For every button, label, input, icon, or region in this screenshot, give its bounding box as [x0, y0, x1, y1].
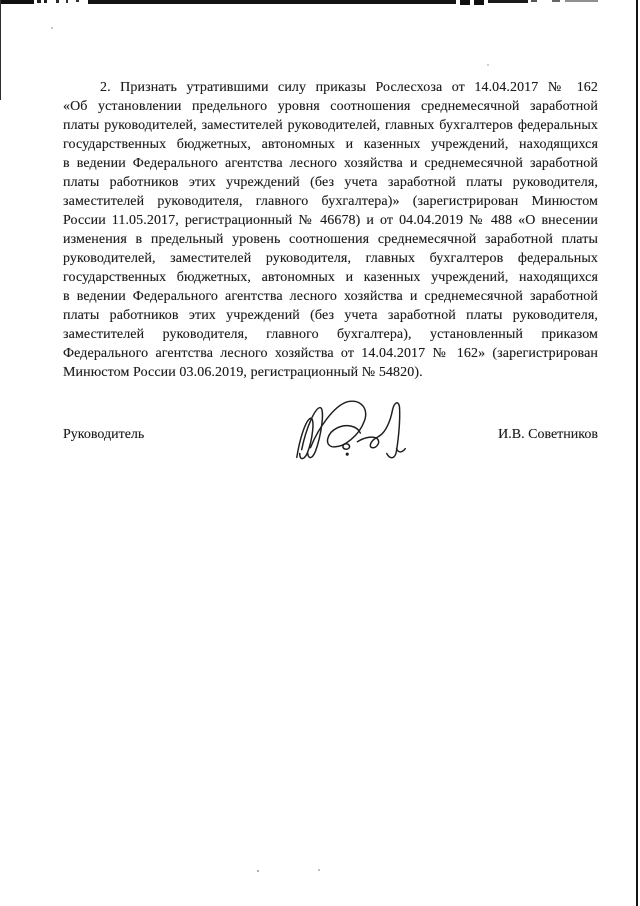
scan-mark	[76, 0, 79, 2]
signature-block: Руководитель И.В. Советников	[63, 425, 598, 444]
scan-mark	[474, 0, 484, 5]
paragraph-line: в ведении Федерального агентства лесного…	[63, 287, 598, 306]
order-paragraph: 2. Признать утратившими силу приказы Рос…	[63, 78, 598, 382]
paragraph-line: в ведении Федерального агентства лесного…	[63, 154, 598, 173]
document-page: 2. Признать утратившими силу приказы Рос…	[0, 0, 640, 906]
scan-artifact-left-border	[0, 0, 1, 100]
scan-noise-speck	[257, 870, 259, 872]
scan-mark	[488, 0, 528, 3]
signatory-title: Руководитель	[63, 425, 144, 444]
paragraph-line: государственных бюджетных, автономных и …	[63, 268, 598, 287]
paragraph-line: Минюстом России 03.06.2019, регистрацион…	[63, 363, 598, 382]
scan-mark	[552, 0, 560, 2]
scan-artifact-right-border	[636, 0, 638, 906]
paragraph-line: руководителей, заместителей руководителя…	[63, 249, 598, 268]
scan-noise-speck	[318, 869, 320, 871]
paragraph-line: платы работников этих учреждений (без уч…	[63, 173, 598, 192]
scan-mark	[66, 0, 68, 3]
paragraph-line: заместителей руководителя, главного бухг…	[63, 325, 598, 344]
paragraph-line: платы руководителей, заместителей руково…	[63, 116, 598, 135]
paragraph-line: государственных бюджетных, автономных и …	[63, 135, 598, 154]
scan-mark	[565, 0, 598, 2]
paragraph-line: заместителей руководителя, главного бухг…	[63, 192, 598, 211]
paragraph-line: «Об установлении предельного уровня соот…	[63, 97, 598, 116]
scan-noise-speck	[51, 27, 53, 29]
scan-mark	[0, 0, 34, 4]
scan-mark	[460, 0, 470, 5]
paragraph-line: России 11.05.2017, регистрационный № 466…	[63, 211, 598, 230]
scan-mark	[531, 0, 537, 2]
handwritten-signature-icon	[287, 392, 419, 472]
scan-noise-speck	[487, 64, 489, 66]
signatory-name: И.В. Советников	[498, 425, 598, 444]
scan-mark	[44, 0, 47, 3]
paragraph-line: платы работников этих учреждений (без уч…	[63, 306, 598, 325]
scan-mark	[88, 0, 456, 4]
scan-mark	[37, 0, 41, 3]
paragraph-line: 2. Признать утратившими силу приказы Рос…	[63, 78, 598, 97]
scan-mark	[56, 0, 59, 3]
paragraph-line: изменения в предельный уровень соотношен…	[63, 230, 598, 249]
paragraph-line: Федерального агентства лесного хозяйства…	[63, 344, 598, 363]
